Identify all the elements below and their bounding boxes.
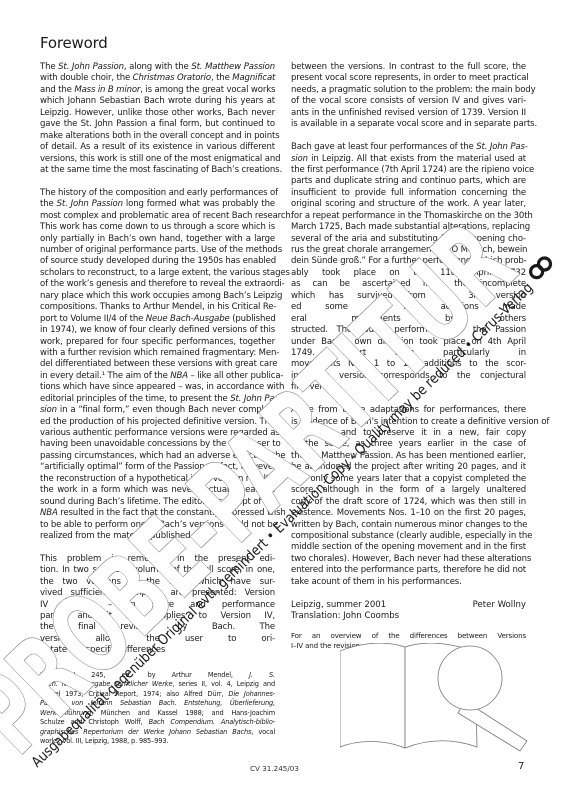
text-line: entered into the performance parts, ther… [291, 565, 526, 576]
text-line: existence. Movements Nos. 1–10 on the fi… [291, 508, 526, 519]
text-line: for a repeat performance in the Thomaski… [291, 211, 526, 222]
text-line: of the vocal score consists of version I… [291, 96, 526, 107]
text-line: score, although in the form of a largely… [291, 485, 526, 496]
text-line: eral movements by others [291, 314, 526, 325]
text-line: NBA resulted in the fact that the consta… [40, 508, 275, 519]
text-line: copy of the draft score of 1724, which w… [291, 497, 526, 508]
text-line: ably took place on the 11th April 1732 [291, 268, 526, 279]
text-line: having been unavoidable concessions by t… [40, 439, 275, 450]
text-line: structed. The fourth performance of the … [291, 325, 526, 336]
text-line: at the same time the most fascinating of… [40, 165, 275, 176]
text-line: he abandoned the project after writing 2… [291, 462, 526, 473]
text-line: between the versions. In contrast to the… [291, 62, 526, 73]
text-line: ed some of the additions made [291, 302, 526, 313]
book-magnifier-icon [340, 643, 550, 753]
text-line: dein Sünde groß.” For a further performa… [291, 256, 526, 267]
text-line: sion in Leipzig. All that exists from th… [291, 154, 526, 165]
text-line: with a further revision which remained f… [40, 348, 275, 359]
text-line: compositions. Thanks to Arthur Mendel, i… [40, 302, 275, 313]
footnote: 1 BWV 245, ed. by Arthur Mendel, J. S.Ba… [40, 671, 275, 747]
text-line: work, prepared for four specific perform… [40, 337, 275, 348]
text-line: the first performance (7th April 1724) a… [291, 165, 526, 176]
text-line: This problem is remedied in the present … [40, 554, 275, 565]
text-line: to be able to perform one of Bach’s vers… [40, 520, 275, 531]
text-line: vived sufficiently complete are presente… [40, 588, 275, 599]
text-line: 1 BWV 245, ed. by Arthur Mendel, J. S. [40, 671, 275, 681]
catalog-code: CV 31.245/03 [250, 764, 299, 773]
text-line: of detail. As a result of its existence … [40, 142, 275, 153]
text-line: ants in the unfinished revised version o… [291, 108, 526, 119]
text-line: the St. Matthew Passion. As has been men… [291, 451, 526, 462]
text-line: 1749. Apart from particularly in [291, 348, 526, 359]
text-line: nary place which this work occupies amon… [40, 291, 275, 302]
text-line: del differentiated between these version… [40, 359, 275, 370]
text-line: the St. John Passion long formed what wa… [40, 199, 275, 210]
text-line: the work, and to preserve it in a new, f… [291, 428, 526, 439]
text-line: in every detail.¹ The aim of the NBA – l… [40, 371, 275, 382]
text-line: the work in a form which was nevery actu… [40, 485, 275, 496]
text-line: parts, and it also applies to Version IV… [40, 611, 275, 622]
text-line: only partially in Bach’s own hand, toget… [40, 234, 275, 245]
right-column: between the versions. In contrast to the… [291, 62, 526, 651]
carus-logo-icon [528, 256, 553, 281]
paragraph-definitive-version: Aside from these adaptations for perform… [291, 405, 526, 588]
text-line: in 1974), we know of four clearly define… [40, 325, 275, 336]
text-line: as can be ascertained from the incomplet… [291, 279, 526, 290]
text-line: and the Mass in B minor, is among the gr… [40, 85, 275, 96]
text-line: Schulze and Christoph Wolff, Bach Compen… [40, 718, 275, 728]
text-line: sion in a “final form,” even though Bach… [40, 405, 275, 416]
paragraph-vocal-score: between the versions. In contrast to the… [291, 62, 526, 131]
text-line: two chorales). However, Bach never had t… [291, 554, 526, 565]
text-line: port to Volume II/4 of the Neue Bach-Aus… [40, 314, 275, 325]
text-line: rus the great chorale arrangement of “O … [291, 245, 526, 256]
text-line: was only some years later that a copyist… [291, 474, 526, 485]
text-line: several of the aria and substituting for… [291, 234, 526, 245]
text-line: which has survived from this 3rd version [291, 291, 526, 302]
text-line: The history of the composition and early… [40, 188, 275, 199]
paragraph-remedy: This problem is remedied in the present … [40, 554, 275, 657]
text-line: the two versions of the work which have … [40, 577, 275, 588]
text-line: compositional substance (clearly audible… [291, 531, 526, 542]
document-page: Foreword The St. John Passion, along wit… [0, 0, 563, 800]
text-line: “artificially optimal” form of the Passi… [40, 462, 275, 473]
text-line: realized from the material published. [40, 531, 275, 542]
text-line: IV (1749) – in score and performance [40, 600, 275, 611]
text-line: take acount of them in his performances. [291, 577, 526, 588]
text-line: written by Bach, contain numerous minor … [291, 520, 526, 531]
text-line: insufficient to provide full information… [291, 188, 526, 199]
text-line: middle section of the opening movement a… [291, 542, 526, 553]
paragraph-performances: Bach gave at least four performances of … [291, 142, 526, 394]
text-line: Passion von Johann Sebastian Bach. Entst… [40, 699, 275, 709]
text-line: is evidence of Bach’s intention to creat… [291, 417, 526, 428]
text-line: Kassel 1973; Critical Report, 1974; also… [40, 690, 275, 700]
text-line: entate the specific differences [40, 645, 275, 656]
text-line: present vocal score represents, in order… [291, 73, 526, 84]
text-line: is available in a separate vocal score a… [291, 119, 526, 130]
text-line: Leipzig. However, unlike those other wor… [40, 108, 275, 119]
translator: Translation: John Coombs [291, 611, 399, 622]
text-line: tion. In two separate volumes of the ful… [40, 565, 275, 576]
text-line: This work has come down to us through a … [40, 222, 275, 233]
text-line: first version. [291, 382, 526, 393]
text-line: ed the production of his projected defin… [40, 417, 275, 428]
page-number: 7 [518, 761, 524, 772]
text-line: the final revision by Bach. The [40, 622, 275, 633]
text-line: make alterations both in the overall con… [40, 131, 275, 142]
text-line: graphisches Repertorium der Werke Johann… [40, 728, 275, 738]
text-line: Aside from these adaptations for perform… [291, 405, 526, 416]
text-line: editorial principles of the time, to pre… [40, 394, 275, 405]
text-line: original scoring and structure of the wo… [291, 199, 526, 210]
text-line: versions, this work is still one of the … [40, 154, 275, 165]
text-line: various authentic performance versions w… [40, 428, 275, 439]
page-title: Foreword [40, 34, 108, 52]
text-line: version allows the user to ori- [40, 634, 275, 645]
text-line: works, vol. III, Leipzig, 1988, p. 985–9… [40, 737, 275, 747]
paragraph-intro: The St. John Passion, along with the St.… [40, 62, 275, 176]
text-line: Bach. Neue Ausgabe sämtlicher Werke, ser… [40, 680, 275, 690]
text-line: parts and duplicate string and continuo … [291, 176, 526, 187]
signature-line: Leipzig, summer 2001 Peter Wollny [291, 600, 526, 611]
signature-place-date: Leipzig, summer 2001 [291, 600, 386, 611]
text-line: Werkeinführung, München and Kassel 1988;… [40, 709, 275, 719]
text-line: March 1725, Bach made substantial altera… [291, 222, 526, 233]
text-line: with double choir, the Christmas Oratori… [40, 73, 275, 84]
text-line: which Johann Sebastian Bach wrote during… [40, 96, 275, 107]
signature-author: Peter Wollny [473, 600, 526, 611]
text-line: needs, a pragmatic solution to the probl… [291, 85, 526, 96]
text-line: The St. John Passion, along with the St.… [40, 62, 275, 73]
left-column: The St. John Passion, along with the St.… [40, 62, 275, 747]
text-line: the reconstruction of a hypothetical ide… [40, 474, 275, 485]
text-line: number of original performance parts. Us… [40, 245, 275, 256]
text-line: of the work’s genesis and therefore to r… [40, 279, 275, 290]
text-line: of source study developed during the 195… [40, 256, 275, 267]
text-line: most complex and problematic area of rec… [40, 211, 275, 222]
paragraph-history: The history of the composition and early… [40, 188, 275, 543]
text-line: tions which have since appeared – was, i… [40, 382, 275, 393]
text-line: movements Nos. 1 to 10, additions to the… [291, 359, 526, 370]
text-line: scholars to reconstruct, to a large exte… [40, 268, 275, 279]
text-line: gave the St. John Passion a final form, … [40, 119, 275, 130]
text-line: under Bach’s own direction took place on… [291, 337, 526, 348]
translation-credit: Translation: John Coombs [291, 611, 526, 622]
text-line: ing, the version corresponds to the conj… [291, 371, 526, 382]
text-line: sound during Bach’s lifetime. The editor… [40, 497, 275, 508]
text-line: passing circumstances, which had an adve… [40, 451, 275, 462]
text-line: Bach gave at least four performances of … [291, 142, 526, 153]
text-line: For an overview of the differences betwe… [291, 631, 526, 641]
text-line: of the score, as three years earlier in … [291, 439, 526, 450]
